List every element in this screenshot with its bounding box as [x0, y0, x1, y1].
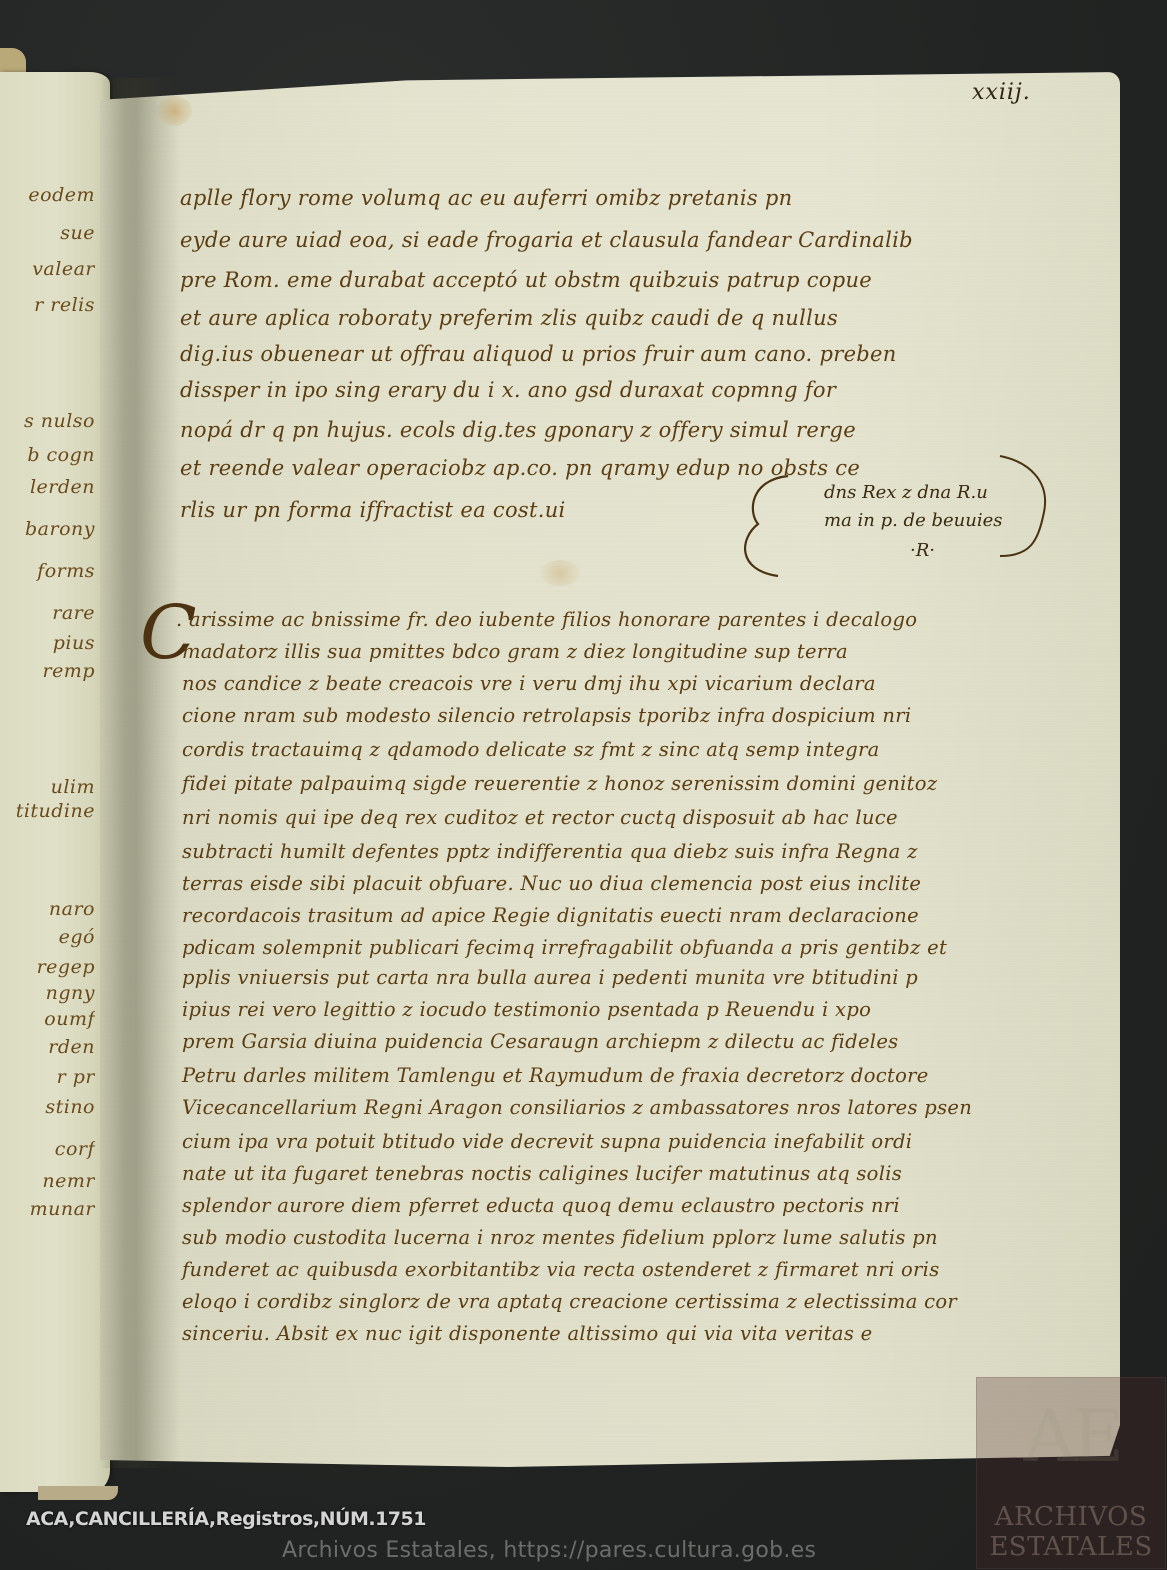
previous-page-fragment: remp	[0, 660, 95, 682]
previous-page-fragment: valear	[0, 258, 95, 280]
gutter-shadow	[100, 78, 180, 1468]
subscription-line: ma in p. de beuuies	[824, 510, 1002, 531]
manuscript-line: nri nomis qui ipe deq rex cuditoz et rec…	[182, 806, 898, 829]
previous-page-fragment: lerden	[0, 476, 95, 498]
previous-page-fragment: ulim	[0, 776, 95, 798]
previous-page-fragment: rare	[0, 602, 95, 624]
manuscript-line: eloqo i cordibz singlorz de vra aptatq c…	[182, 1290, 957, 1313]
parchment-stain	[158, 96, 192, 126]
previous-page-fragment: b cogn	[0, 444, 95, 466]
manuscript-line: recordacois trasitum ad apice Regie dign…	[182, 904, 919, 927]
manuscript-line: ipius rei vero legittio z iocudo testimo…	[182, 998, 871, 1021]
manuscript-line: fidei pitate palpauimq sigde reuerentie …	[182, 772, 937, 795]
previous-page-fragment: r pr	[0, 1066, 95, 1088]
previous-page-fragment: titudine	[0, 800, 95, 822]
previous-page-fragment: rden	[0, 1036, 95, 1058]
subscription-line: ·R·	[910, 540, 935, 561]
subscription-line: dns Rex z dna R.u	[824, 482, 988, 503]
previous-page-fragment: pius	[0, 632, 95, 654]
previous-page-fragment: s nulso	[0, 410, 95, 432]
previous-page-fragment: ngny	[0, 982, 95, 1004]
archive-reference: ACA,CANCILLERÍA,Registros,NÚM.1751	[26, 1508, 426, 1530]
subscription-note: dns Rex z dna R.u ma in p. de beuuies ·R…	[730, 452, 1060, 582]
manuscript-line: cordis tractauimq z qdamodo delicate sz …	[182, 738, 880, 761]
manuscript-line: cione nram sub modesto silencio retrolap…	[182, 704, 911, 727]
manuscript-line: terras eisde sibi placuit obfuare. Nuc u…	[182, 872, 921, 895]
previous-page-fragment: munar	[0, 1198, 95, 1220]
manuscript-line: pdicam solempnit publicari fecimq irrefr…	[182, 936, 947, 959]
previous-page-fragment: regep	[0, 956, 95, 978]
manuscript-line: nate ut ita fugaret tenebras noctis cali…	[182, 1162, 902, 1185]
manuscript-line: Petru darles militem Tamlengu et Raymudu…	[182, 1064, 929, 1087]
previous-page-fragment: stino	[0, 1096, 95, 1118]
previous-page-fragment: corf	[0, 1138, 95, 1160]
manuscript-line: nopá dr q pn hujus. ecols dig.tes gponar…	[180, 418, 856, 442]
manuscript-line: dissper in ipo sing erary du i x. ano gs…	[180, 378, 836, 402]
manuscript-line: cium ipa vra potuit btitudo vide decrevi…	[182, 1130, 912, 1153]
previous-page-fragment: eodem	[0, 184, 95, 206]
previous-page-fragment: nemr	[0, 1170, 95, 1192]
manuscript-line: rlis ur pn forma iffractist ea cost.ui	[180, 498, 566, 522]
manuscript-line: eyde aure uiad eoa, si eade frogaria et …	[180, 228, 913, 252]
previous-page-fragment: naro	[0, 898, 95, 920]
manuscript-line: et aure aplica roboraty preferim zlis qu…	[180, 306, 838, 330]
manuscript-line: pplis vniuersis put carta nra bulla aure…	[182, 966, 918, 989]
previous-page-fragment: egó	[0, 926, 95, 948]
manuscript-line: subtracti humilt defentes pptz indiffere…	[182, 840, 918, 863]
manuscript-line: splendor aurore diem pferret educta quoq…	[182, 1194, 900, 1217]
logo-mark-icon: AE	[997, 1396, 1147, 1476]
manuscript-line: prem Garsia diuina puidencia Cesaraugn a…	[182, 1030, 898, 1053]
manuscript-line: pre Rom. eme durabat acceptó ut obstm qu…	[180, 268, 872, 292]
archivos-estatales-logo: AE ARCHIVOS ESTATALES	[976, 1377, 1166, 1569]
manuscript-line: Vicecancellarium Regni Aragon consiliari…	[182, 1096, 972, 1119]
manuscript-line: sub modio custodita lucerna i nroz mente…	[182, 1226, 938, 1249]
manuscript-line: dig.ius obuenear ut offrau aliquod u pri…	[180, 342, 897, 366]
previous-page: eodem sue valear r relis s nulso b cogn …	[0, 72, 110, 1492]
rolled-page-bottom	[38, 1486, 118, 1500]
archive-credit: Archivos Estatales, https://pares.cultur…	[282, 1538, 816, 1563]
manuscript-line: madatorz illis sua pmittes bdco gram z d…	[182, 640, 848, 663]
manuscript-line: . arissime ac bnissime fr. deo iubente f…	[176, 608, 917, 631]
folio-number: xxiij.	[972, 80, 1031, 105]
previous-page-fragment: r relis	[0, 294, 95, 316]
manuscript-line: aplle flory rome volumq ac eu auferri om…	[180, 186, 792, 210]
previous-page-fragment: sue	[0, 222, 95, 244]
manuscript-line: nos candice z beate creacois vre i veru …	[182, 672, 876, 695]
previous-page-fragment: barony	[0, 518, 95, 540]
manuscript-line: sinceriu. Absit ex nuc igit disponente a…	[182, 1322, 872, 1345]
parchment-stain	[540, 560, 580, 586]
logo-text-line-1: ARCHIVOS	[977, 1502, 1165, 1532]
previous-page-fragment: oumf	[0, 1008, 95, 1030]
logo-text-line-2: ESTATALES	[977, 1532, 1165, 1562]
previous-page-fragment: forms	[0, 560, 95, 582]
manuscript-line: funderet ac quibusda exorbitantibz via r…	[182, 1258, 940, 1281]
